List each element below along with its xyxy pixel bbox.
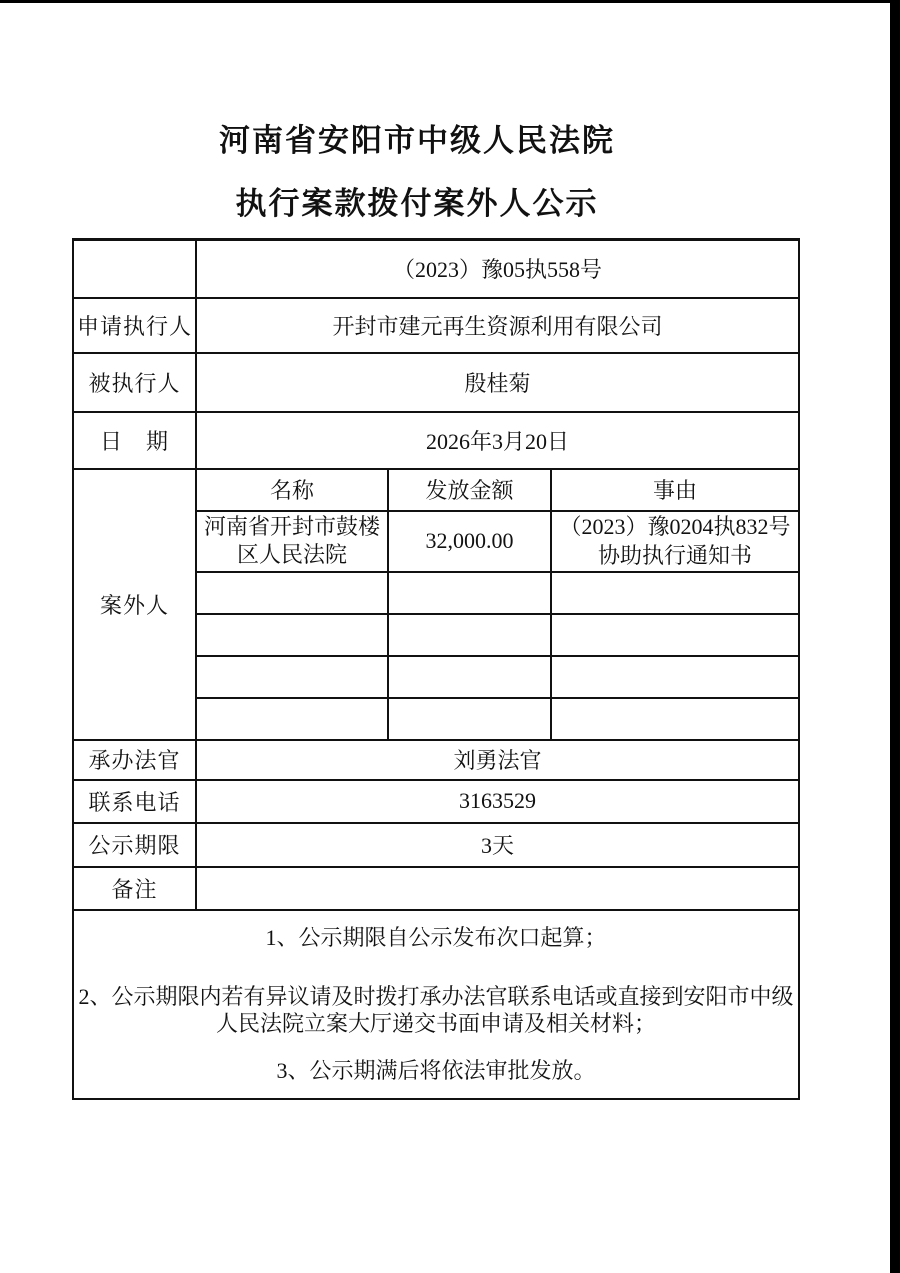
applicant-label: 申请执行人 (73, 298, 196, 353)
outsider-entry-reason-line2: 协助执行通知书 (552, 541, 798, 571)
respondent-value: 殷桂菊 (196, 353, 799, 412)
scan-artifact-right-edge (890, 0, 900, 1273)
outsider-entry-amount: 32,000.00 (388, 511, 551, 572)
empty-cell (388, 656, 551, 698)
empty-cell (196, 614, 388, 656)
judge-label: 承办法官 (73, 740, 196, 780)
row-date: 日 期 2026年3月20日 (73, 412, 799, 469)
empty-cell (196, 698, 388, 740)
row-phone: 联系电话 3163529 (73, 780, 799, 823)
case-number-label-cell (73, 240, 196, 298)
case-number-value: （2023）豫05执558号 (196, 240, 799, 298)
note-1: 1、公示期限自公示发布次口起算； (74, 924, 798, 952)
outsider-label: 案外人 (73, 469, 196, 740)
row-publicity-period: 公示期限 3天 (73, 823, 799, 867)
notice-title: 执行案款拨付案外人公示 (72, 183, 762, 225)
row-applicant: 申请执行人 开封市建元再生资源利用有限公司 (73, 298, 799, 353)
empty-cell (388, 572, 551, 614)
empty-cell (388, 614, 551, 656)
notice-form-table: （2023）豫05执558号 申请执行人 开封市建元再生资源利用有限公司 被执行… (72, 238, 800, 1100)
respondent-label: 被执行人 (73, 353, 196, 412)
empty-cell (196, 572, 388, 614)
date-label: 日 期 (73, 412, 196, 469)
outsider-entry-reason: （2023）豫0204执832号 协助执行通知书 (551, 511, 799, 572)
row-case-number: （2023）豫05执558号 (73, 240, 799, 298)
outsider-col-name: 名称 (196, 469, 388, 511)
empty-cell (551, 572, 799, 614)
row-judge: 承办法官 刘勇法官 (73, 740, 799, 780)
outsider-entry-reason-line1: （2023）豫0204执832号 (552, 512, 798, 542)
applicant-value: 开封市建元再生资源利用有限公司 (196, 298, 799, 353)
judge-value: 刘勇法官 (196, 740, 799, 780)
note-3: 3、公示期满后将依法审批发放。 (74, 1057, 798, 1085)
row-notes: 1、公示期限自公示发布次口起算； 2、公示期限内若有异议请及时拨打承办法官联系电… (73, 910, 799, 1099)
row-respondent: 被执行人 殷桂菊 (73, 353, 799, 412)
outsider-col-reason: 事由 (551, 469, 799, 511)
document-page: 河南省安阳市中级人民法院 执行案款拨付案外人公示 （2023）豫05执558号 … (72, 120, 798, 1100)
empty-cell (551, 656, 799, 698)
note-2: 2、公示期限内若有异议请及时拨打承办法官联系电话或直接到安阳市中级人民法院立案大… (74, 983, 798, 1038)
remarks-value (196, 867, 799, 910)
empty-cell (388, 698, 551, 740)
phone-value: 3163529 (196, 780, 799, 823)
row-remarks: 备注 (73, 867, 799, 910)
date-value: 2026年3月20日 (196, 412, 799, 469)
notes-cell: 1、公示期限自公示发布次口起算； 2、公示期限内若有异议请及时拨打承办法官联系电… (73, 910, 799, 1099)
period-label: 公示期限 (73, 823, 196, 867)
row-outsider-header: 案外人 名称 发放金额 事由 (73, 469, 799, 511)
phone-label: 联系电话 (73, 780, 196, 823)
period-value: 3天 (196, 823, 799, 867)
remarks-label: 备注 (73, 867, 196, 910)
outsider-col-amount: 发放金额 (388, 469, 551, 511)
empty-cell (551, 614, 799, 656)
empty-cell (196, 656, 388, 698)
court-title: 河南省安阳市中级人民法院 (72, 120, 762, 162)
scan-artifact-top-edge (0, 0, 900, 3)
empty-cell (551, 698, 799, 740)
outsider-entry-name: 河南省开封市鼓楼区人民法院 (196, 511, 388, 572)
